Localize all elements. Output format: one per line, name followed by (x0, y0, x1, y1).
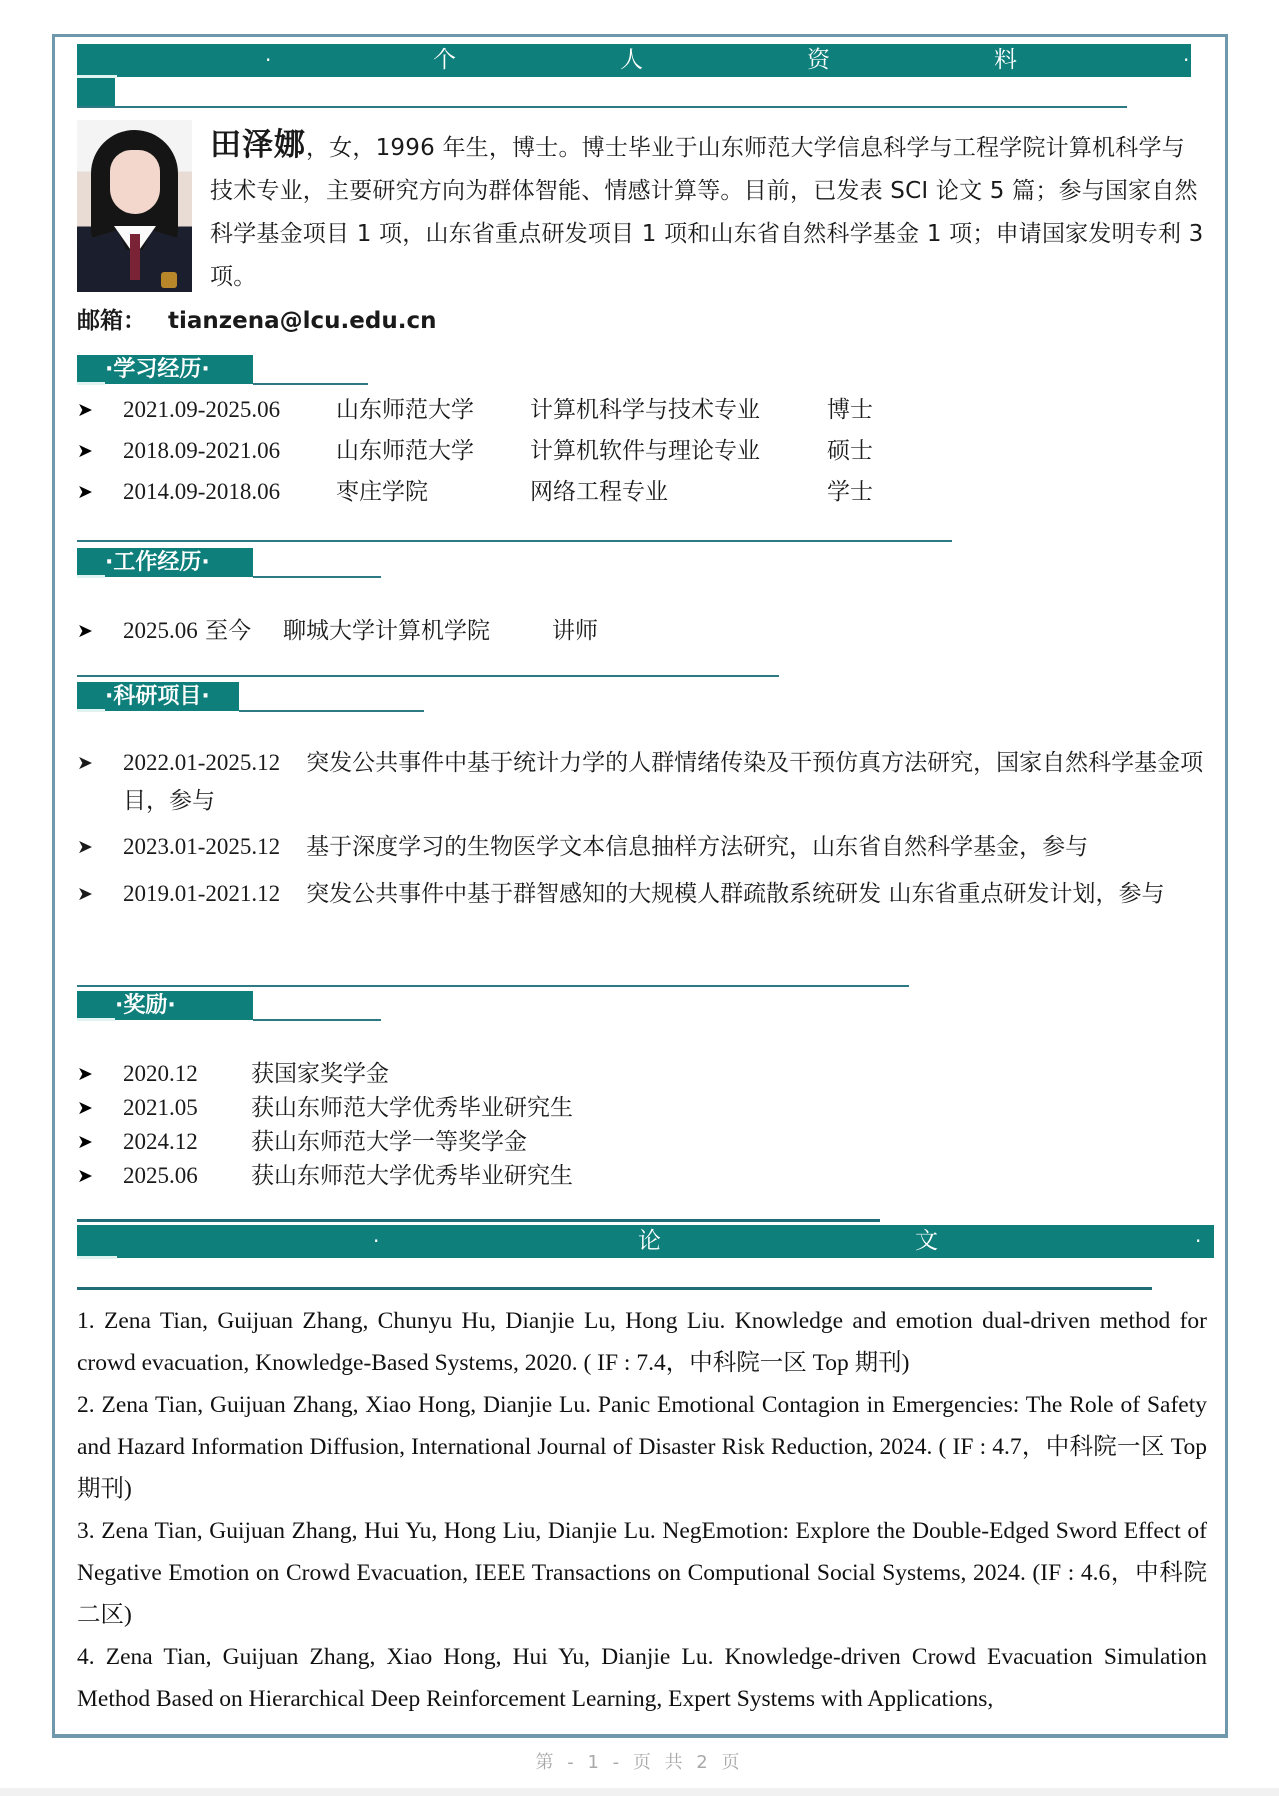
award-date: 2025.06 (123, 1161, 198, 1191)
divider (253, 383, 368, 385)
period: 2018.09-2021.06 (123, 436, 280, 466)
profile-photo (77, 120, 192, 292)
divider (77, 1287, 1152, 1290)
bullet-arrow-icon: ➤ (77, 395, 93, 425)
period: 2023.01-2025.12 (123, 834, 280, 859)
award-desc: 获山东师范大学一等奖学金 (251, 1127, 527, 1157)
award-date: 2021.05 (123, 1093, 198, 1123)
period: 2019.01-2021.12 (123, 881, 280, 906)
decorative-tick (77, 709, 105, 712)
project-desc: 突发公共事件中基于群智感知的大规模人群疏散系统研发 山东省重点研发计划，参与 (306, 881, 1164, 907)
page-gap (0, 1788, 1279, 1796)
bullet-arrow-icon: ➤ (77, 1127, 93, 1157)
header-char: 论 (638, 1225, 661, 1258)
profile-summary: ，女，1996 年生，博士。博士毕业于山东师范大学信息科学与工程学院计算机科学与… (210, 135, 1204, 290)
section-header-papers: · 论 文 · (77, 1225, 1214, 1258)
profile-intro: 田泽娜，女，1996 年生，博士。博士毕业于山东师范大学信息科学与工程学院计算机… (210, 124, 1205, 299)
award-desc: 获国家奖学金 (251, 1059, 389, 1089)
decorative-tick (77, 1018, 115, 1021)
bullet-arrow-icon: ➤ (77, 744, 93, 782)
bullet-arrow-icon: ➤ (77, 436, 93, 466)
decorative-dot: · (265, 44, 271, 77)
decorative-block (77, 78, 115, 106)
divider (77, 1219, 880, 1222)
divider (77, 985, 909, 987)
paper-entry: 4. Zena Tian, Guijuan Zhang, Xiao Hong, … (77, 1636, 1207, 1720)
email-link[interactable]: tianzena@lcu.edu.cn (168, 308, 436, 334)
period: 2021.09-2025.06 (123, 395, 280, 425)
header-char: 资 (807, 44, 830, 77)
bullet-arrow-icon: ➤ (77, 1093, 93, 1123)
project-item: ➤ 2023.01-2025.12基于深度学习的生物医学文本信息抽样方法研究，山… (77, 828, 1217, 866)
profile-name: 田泽娜 (210, 127, 306, 163)
school: 枣庄学院 (336, 477, 428, 507)
period: 2022.01-2025.12 (123, 750, 280, 775)
degree: 博士 (827, 395, 873, 425)
major: 计算机科学与技术专业 (530, 395, 760, 425)
period-date: 2025.06 (123, 618, 198, 643)
organization: 聊城大学计算机学院 (283, 616, 490, 646)
award-desc: 获山东师范大学优秀毕业研究生 (251, 1161, 573, 1191)
paper-entry: 2. Zena Tian, Guijuan Zhang, Xiao Hong, … (77, 1384, 1207, 1510)
divider (253, 1019, 381, 1021)
section-header-personal: · 个 人 资 料 · (77, 44, 1191, 77)
period: 2014.09-2018.06 (123, 477, 280, 507)
bullet-arrow-icon: ➤ (77, 1059, 93, 1089)
section-tag-work: ·工作经历· (77, 548, 253, 577)
section-tag-awards: ·奖励· (77, 991, 253, 1020)
project-desc: 基于深度学习的生物医学文本信息抽样方法研究，山东省自然科学基金，参与 (306, 834, 1088, 860)
degree: 学士 (827, 477, 873, 507)
award-desc: 获山东师范大学优秀毕业研究生 (251, 1093, 573, 1123)
decorative-dot: · (1195, 1225, 1201, 1258)
project-item: ➤ 2019.01-2021.12突发公共事件中基于群智感知的大规模人群疏散系统… (77, 875, 1217, 913)
major: 计算机软件与理论专业 (530, 436, 760, 466)
section-tag-projects: ·科研项目· (77, 682, 239, 711)
award-date: 2024.12 (123, 1127, 198, 1157)
degree: 硕士 (827, 436, 873, 466)
header-char: 文 (915, 1225, 938, 1258)
school: 山东师范大学 (336, 436, 474, 466)
bullet-arrow-icon: ➤ (77, 1161, 93, 1191)
decorative-dot: · (373, 1225, 379, 1258)
school: 山东师范大学 (336, 395, 474, 425)
paper-entry: 1. Zena Tian, Guijuan Zhang, Chunyu Hu, … (77, 1300, 1207, 1384)
divider (239, 710, 424, 712)
section-title: ·工作经历· (105, 548, 210, 577)
section-title: ·科研项目· (105, 682, 210, 711)
email-row: 邮箱：tianzena@lcu.edu.cn (77, 302, 436, 335)
header-char: 料 (994, 44, 1017, 77)
section-tag-education: ·学习经历· (77, 355, 253, 384)
project-desc: 突发公共事件中基于统计力学的人群情绪传染及干预仿真方法研究，国家自然科学基金项目… (123, 750, 1203, 814)
papers-list: 1. Zena Tian, Guijuan Zhang, Chunyu Hu, … (77, 1300, 1207, 1720)
decorative-tick (77, 575, 105, 578)
bullet-arrow-icon: ➤ (77, 477, 93, 507)
divider (77, 106, 1127, 108)
divider (253, 576, 381, 578)
header-char: 人 (620, 44, 643, 77)
section-title: ·奖励· (115, 991, 176, 1020)
page-number: 第 - 1 - 页 共 2 页 (0, 1748, 1279, 1774)
divider (77, 540, 952, 542)
bullet-arrow-icon: ➤ (77, 875, 93, 913)
section-title: ·学习经历· (105, 355, 210, 384)
period-suffix: 至今 (205, 618, 251, 644)
award-date: 2020.12 (123, 1059, 198, 1089)
divider (77, 675, 779, 677)
period: 2025.06 至今 (123, 616, 251, 646)
decorative-tick (77, 382, 105, 385)
paper-entry: 3. Zena Tian, Guijuan Zhang, Hui Yu, Hon… (77, 1510, 1207, 1636)
role: 讲师 (552, 616, 598, 646)
decorative-dot: · (1183, 44, 1189, 77)
email-label: 邮箱： (77, 308, 146, 334)
bullet-arrow-icon: ➤ (77, 828, 93, 866)
project-item: ➤ 2022.01-2025.12突发公共事件中基于统计力学的人群情绪传染及干预… (77, 744, 1217, 820)
bullet-arrow-icon: ➤ (77, 616, 93, 646)
header-char: 个 (433, 44, 456, 77)
decorative-tick (77, 1256, 117, 1259)
major: 网络工程专业 (530, 477, 668, 507)
